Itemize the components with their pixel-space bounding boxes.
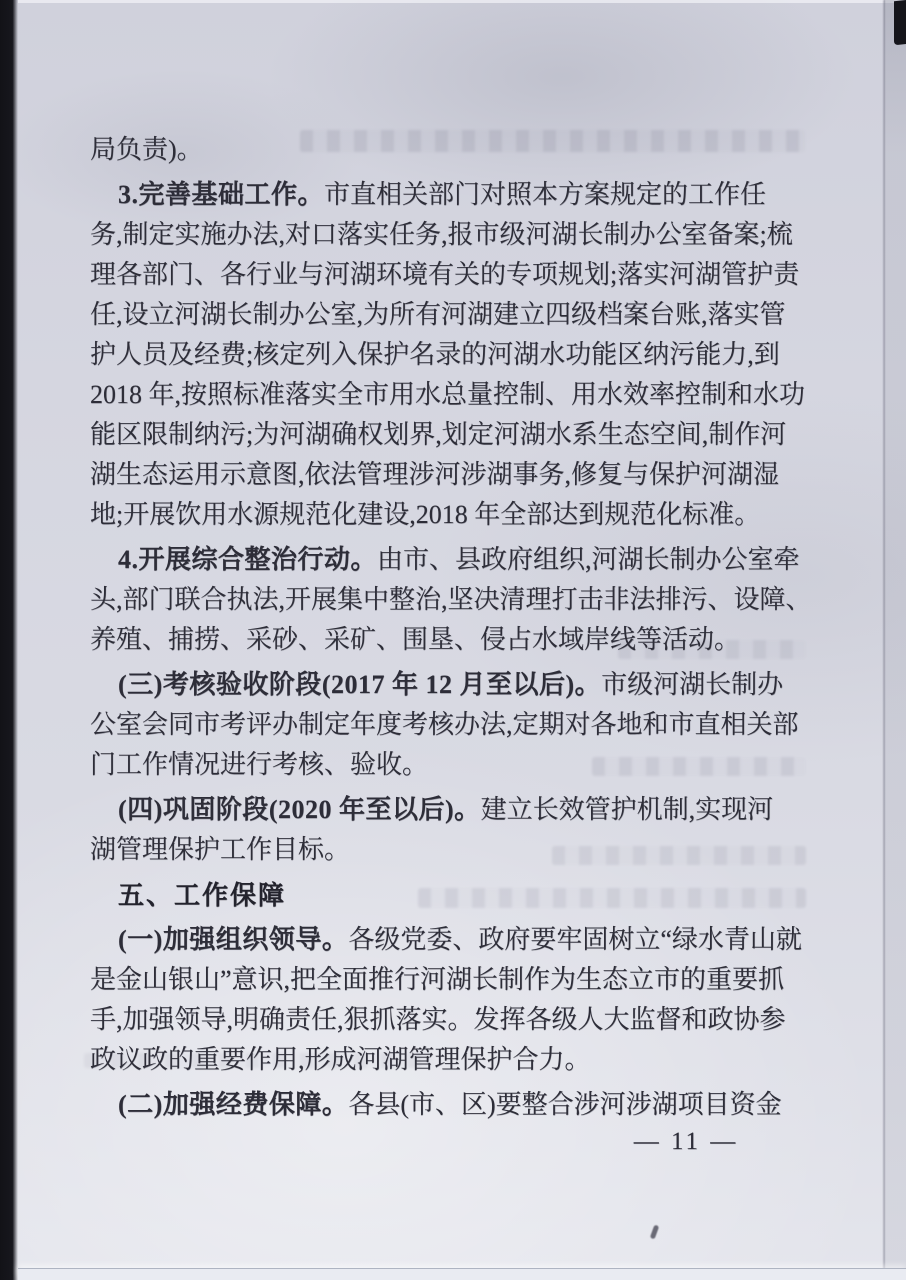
paragraph-lead-in: (一)加强组织领导。 [118, 925, 348, 954]
text-segment: 市级河湖长制办 [601, 670, 783, 699]
text-line: 公室会同市考评办制定年度考核办法,定期对各地和市直相关部 [90, 705, 816, 745]
text-line: 湖管理保护工作目标。 [90, 830, 816, 870]
scan-corner-mark [894, 0, 906, 45]
text-segment: 由市、县政府组织,河湖长制办公室牵 [377, 545, 800, 574]
scanned-page: 局负责)。3.完善基础工作。市直相关部门对照本方案规定的工作任务,制定实施办法,… [0, 0, 906, 1280]
text-line: 地;开展饮用水源规范化建设,2018 年全部达到规范化标准。 [90, 495, 816, 535]
text-segment: 公室会同市考评办制定年度考核办法,定期对各地和市直相关部 [90, 710, 799, 739]
text-segment: 市直相关部门对照本方案规定的工作任 [324, 180, 766, 209]
text-segment: 护人员及经费;核定列入保护名录的河湖水功能区纳污能力,到 [90, 340, 780, 369]
scan-edge-right-band [884, 0, 906, 1280]
text-segment: 湖管理保护工作目标。 [90, 835, 350, 864]
text-segment: 理各部门、各行业与河湖环境有关的专项规划;落实河湖管护责 [90, 260, 799, 289]
text-line: 务,制定实施办法,对口落实任务,报市级河湖长制办公室备案;梳 [90, 215, 816, 255]
text-line: 是金山银山”意识,把全面推行河湖长制作为生态立市的重要抓 [90, 960, 816, 1000]
text-segment: 门工作情况进行考核、验收。 [90, 750, 428, 779]
text-segment: 建立长效管护机制,实现河 [481, 795, 774, 824]
text-segment: 各县(市、区)要整合涉河涉湖项目资金 [348, 1090, 781, 1119]
paragraph-lead-in: 4.开展综合整治行动。 [118, 545, 377, 574]
text-segment: 能区限制纳污;为河湖确权划界,划定河湖水系生态空间,制作河 [90, 420, 786, 449]
text-line: 理各部门、各行业与河湖环境有关的专项规划;落实河湖管护责 [90, 255, 816, 295]
text-segment: 任,设立河湖长制办公室,为所有河湖建立四级档案台账,落实管 [90, 300, 786, 329]
scan-edge-left [0, 0, 18, 1280]
text-line: (二)加强经费保障。各县(市、区)要整合涉河涉湖项目资金 [90, 1085, 816, 1125]
text-line: 头,部门联合执法,开展集中整治,坚决清理打击非法排污、设障、 [90, 580, 816, 620]
text-segment: 手,加强领导,明确责任,狠抓落实。发挥各级人大监督和政协参 [90, 1005, 786, 1034]
text-line: 局负责)。 [90, 130, 816, 170]
text-segment: 湖生态运用示意图,依法管理涉河涉湖事务,修复与保护河湖湿 [90, 460, 779, 489]
text-line: (一)加强组织领导。各级党委、政府要牢固树立“绿水青山就 [90, 920, 816, 960]
paragraph-lead-in: (三)考核验收阶段(2017 年 12 月至以后)。 [118, 670, 601, 699]
scan-edge-bottom [18, 1269, 906, 1280]
text-segment: 头,部门联合执法,开展集中整治,坚决清理打击非法排污、设障、 [90, 585, 812, 614]
text-line: 3.完善基础工作。市直相关部门对照本方案规定的工作任 [90, 175, 816, 215]
text-segment: 五、工作保障 [118, 880, 286, 910]
scan-edge-top [18, 0, 906, 3]
text-line: (三)考核验收阶段(2017 年 12 月至以后)。市级河湖长制办 [90, 665, 816, 705]
text-segment: 2018 年,按照标准落实全市用水总量控制、用水效率控制和水功 [90, 380, 805, 409]
page-number: — 11 — [588, 1124, 784, 1160]
text-block: 局负责)。3.完善基础工作。市直相关部门对照本方案规定的工作任务,制定实施办法,… [90, 130, 816, 1125]
text-segment: 养殖、捕捞、采砂、采矿、围垦、侵占水域岸线等活动。 [90, 625, 740, 654]
text-line: 门工作情况进行考核、验收。 [90, 745, 816, 785]
paragraph-lead-in: (四)巩固阶段(2020 年至以后)。 [118, 795, 481, 824]
text-line: 4.开展综合整治行动。由市、县政府组织,河湖长制办公室牵 [90, 540, 816, 580]
text-segment: 各级党委、政府要牢固树立“绿水青山就 [348, 925, 802, 954]
text-segment: 政议政的重要作用,形成河湖管理保护合力。 [90, 1045, 591, 1074]
paragraph-lead-in: 3.完善基础工作。 [118, 180, 324, 209]
text-segment: 局负责)。 [90, 135, 203, 164]
text-line: 政议政的重要作用,形成河湖管理保护合力。 [90, 1040, 816, 1080]
text-line: (四)巩固阶段(2020 年至以后)。建立长效管护机制,实现河 [90, 790, 816, 830]
text-segment: 是金山银山”意识,把全面推行河湖长制作为生态立市的重要抓 [90, 965, 784, 994]
page-fold-line [883, 0, 885, 1280]
paragraph-lead-in: (二)加强经费保障。 [118, 1090, 348, 1119]
text-line: 能区限制纳污;为河湖确权划界,划定河湖水系生态空间,制作河 [90, 415, 816, 455]
text-line: 2018 年,按照标准落实全市用水总量控制、用水效率控制和水功 [90, 375, 816, 415]
section-heading: 五、工作保障 [90, 875, 816, 915]
text-line: 护人员及经费;核定列入保护名录的河湖水功能区纳污能力,到 [90, 335, 816, 375]
text-segment: 地;开展饮用水源规范化建设,2018 年全部达到规范化标准。 [90, 500, 760, 529]
ink-speck [650, 1225, 659, 1240]
text-line: 手,加强领导,明确责任,狠抓落实。发挥各级人大监督和政协参 [90, 1000, 816, 1040]
text-line: 湖生态运用示意图,依法管理涉河涉湖事务,修复与保护河湖湿 [90, 455, 816, 495]
text-segment: 务,制定实施办法,对口落实任务,报市级河湖长制办公室备案;梳 [90, 220, 793, 249]
text-line: 养殖、捕捞、采砂、采矿、围垦、侵占水域岸线等活动。 [90, 620, 816, 660]
text-line: 任,设立河湖长制办公室,为所有河湖建立四级档案台账,落实管 [90, 295, 816, 335]
